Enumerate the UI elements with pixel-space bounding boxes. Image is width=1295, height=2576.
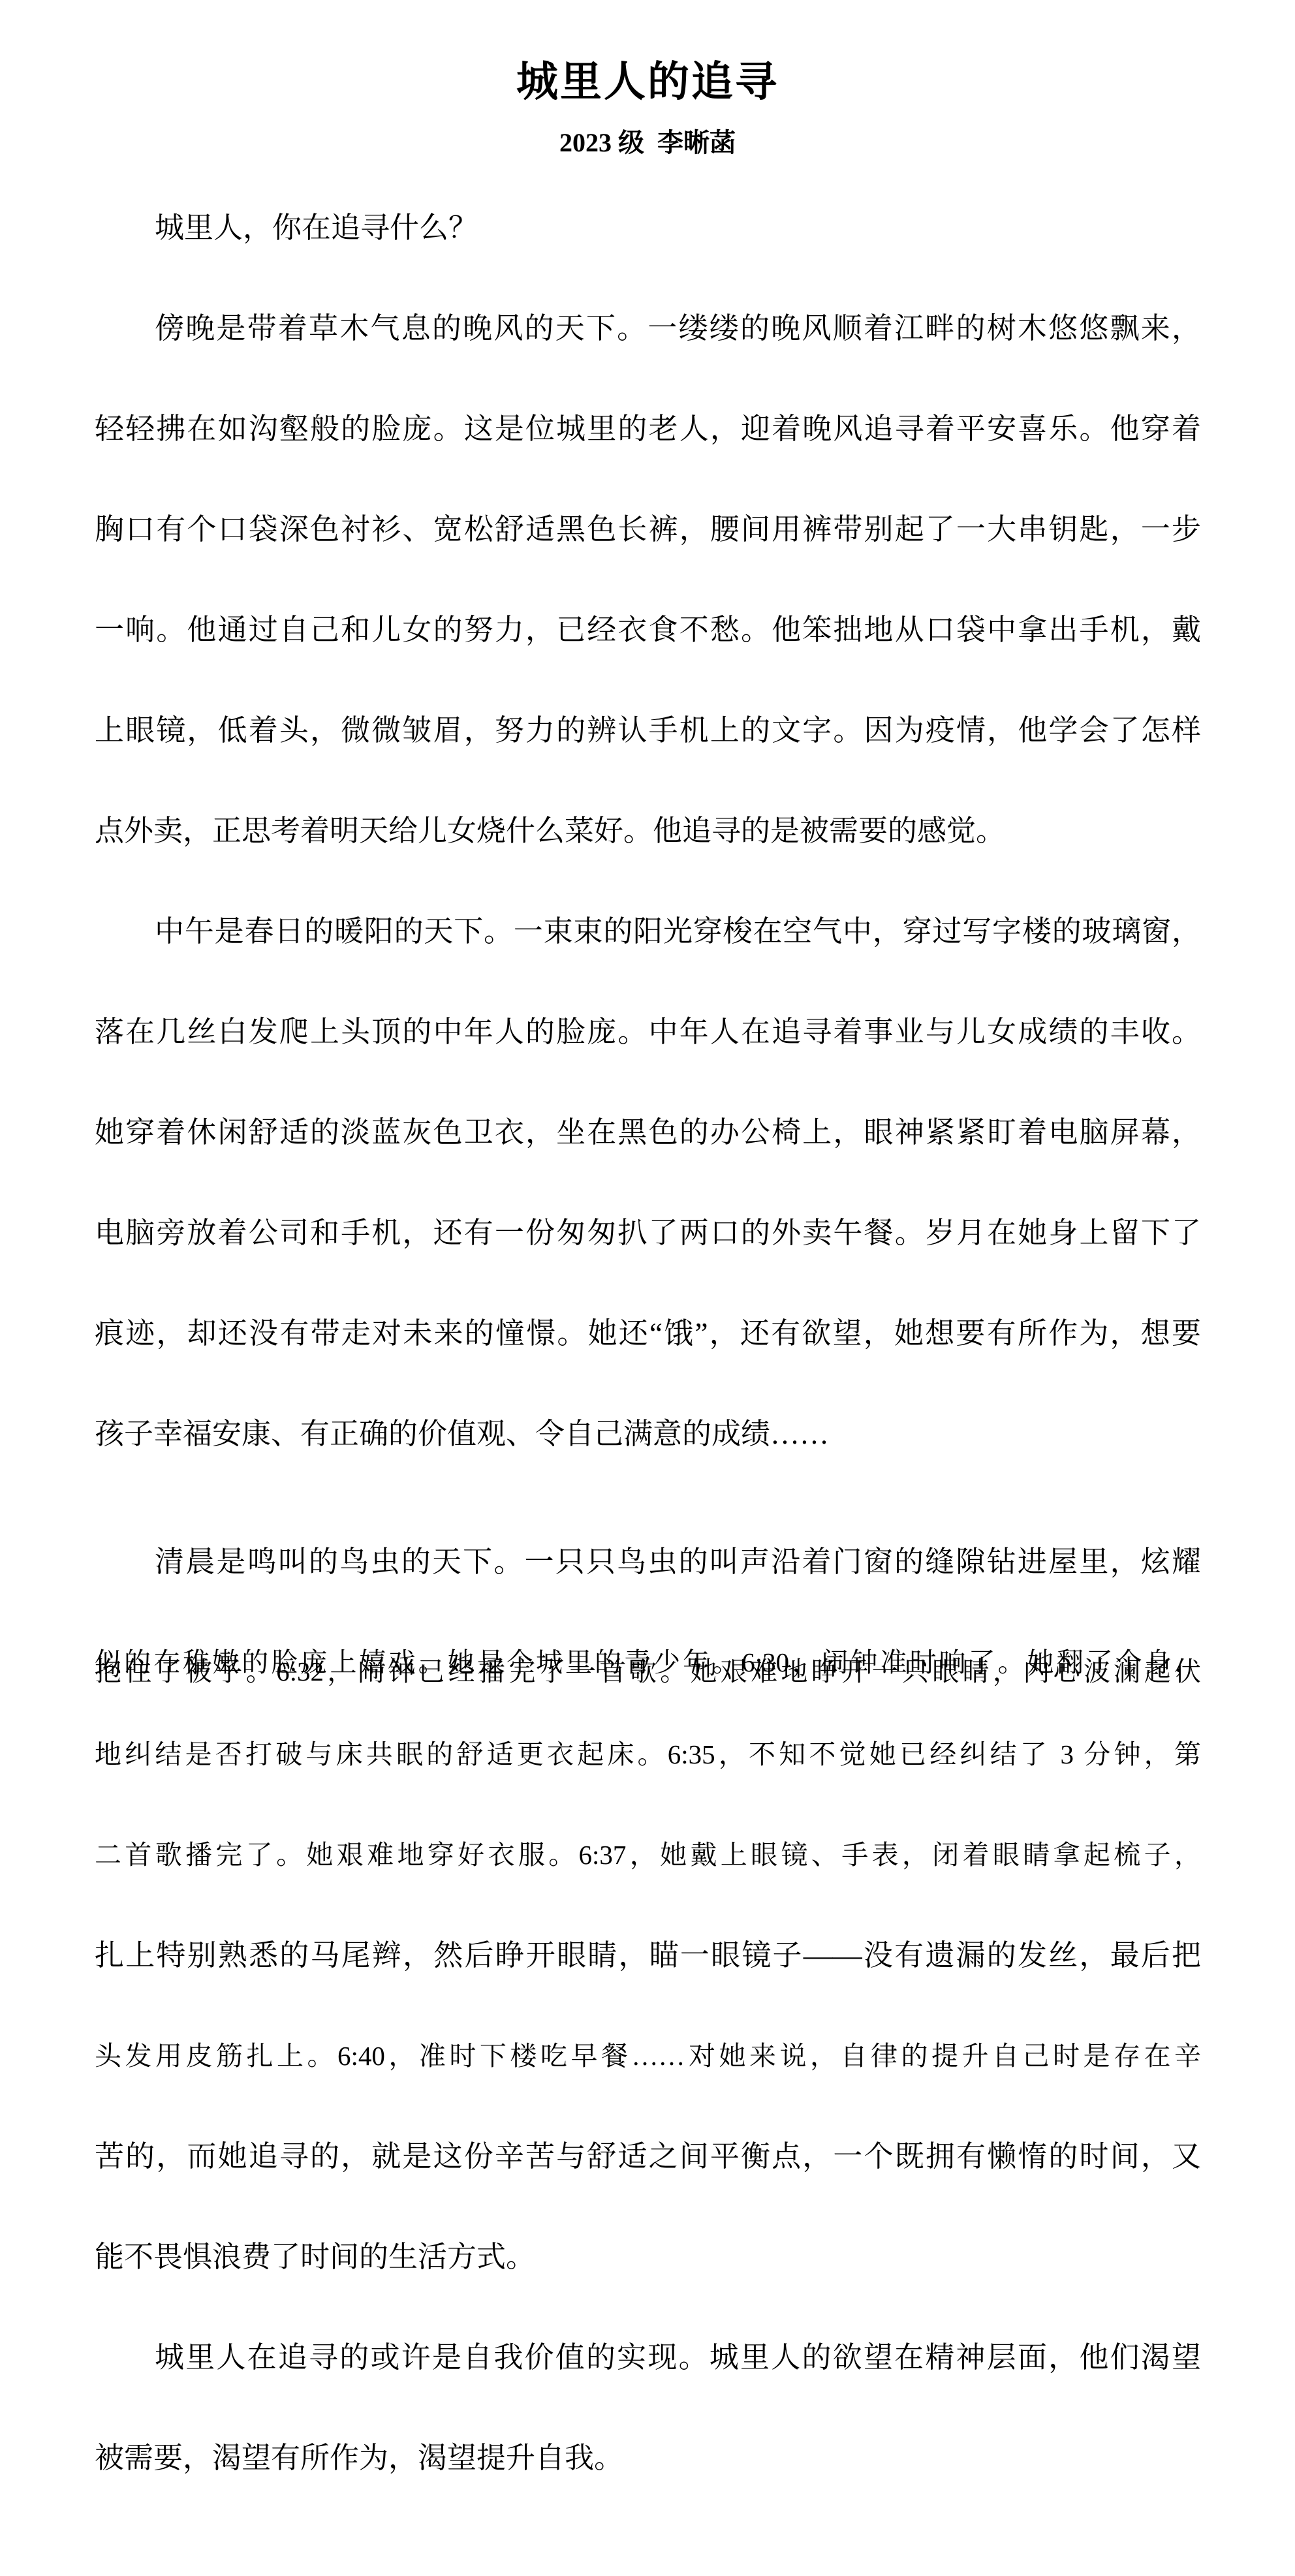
paragraph-5: 城里人在追寻的或许是自我价值的实现。城里人的欲望在精神层面，他们渴望 被需要，渴…: [95, 2307, 1201, 2508]
text-line: 能不畏惧浪费了时间的生活方式。: [95, 2207, 1201, 2307]
text-line: 轻轻拂在如沟壑般的脸庞。这是位城里的老人，迎着晚风追寻着平安喜乐。他穿着: [95, 379, 1201, 479]
text-line: 城里人，你在追寻什么？: [95, 178, 1201, 278]
text-line: 上眼镜，低着头，微微皱眉，努力的辨认手机上的文字。因为疫情，他学会了怎样: [95, 680, 1201, 781]
text-line: 孩子幸福安康、有正确的价值观、令自己满意的成绩……: [95, 1384, 1201, 1484]
text-line: 她穿着休闲舒适的淡蓝灰色卫衣，坐在黑色的办公椅上，眼神紧紧盯着电脑屏幕，: [95, 1082, 1201, 1183]
text-line: 落在几丝白发爬上头顶的中年人的脸庞。中年人在追寻着事业与儿女成绩的丰收。: [95, 982, 1201, 1082]
paragraph-4: 清晨是鸣叫的鸟虫的天下。一只只鸟虫的叫声沿着门窗的缝隙钻进屋里，炫耀 似的在稚嫩…: [95, 1512, 1201, 2307]
text-line: 地纠结是否打破与床共眠的舒适更衣起床。6:35，不知不觉她已经纠结了 3 分钟，…: [95, 1704, 1201, 1805]
text-line: 清晨是鸣叫的鸟虫的天下。一只只鸟虫的叫声沿着门窗的缝隙钻进屋里，炫耀: [95, 1512, 1201, 1612]
document-title: 城里人的追寻: [0, 55, 1295, 108]
text-line: 二首歌播完了。她艰难地穿好衣服。6:37，她戴上眼镜、手表，闭着眼睛拿起梳子，: [95, 1805, 1201, 1905]
text-line: 抱住了被子。6:32，闹钟已经播完了一首歌。她艰难地睁开一只眼睛，内心波澜起伏: [95, 1642, 1201, 1701]
text-line: 点外卖，正思考着明天给儿女烧什么菜好。他追寻的是被需要的感觉。: [95, 781, 1201, 881]
text-line: 头发用皮筋扎上。6:40，准时下楼吃早餐……对她来说，自律的提升自己时是存在辛: [95, 2006, 1201, 2106]
text-line: 胸口有个口袋深色衬衫、宽松舒适黑色长裤，腰间用裤带别起了一大串钥匙，一步: [95, 479, 1201, 580]
text-line: 城里人在追寻的或许是自我价值的实现。城里人的欲望在精神层面，他们渴望: [95, 2307, 1201, 2408]
text-line: 中午是春日的暖阳的天下。一束束的阳光穿梭在空气中，穿过写字楼的玻璃窗，: [95, 881, 1201, 982]
text-line: 傍晚是带着草木气息的晚风的天下。一缕缕的晚风顺着江畔的树木悠悠飘来，: [95, 278, 1201, 379]
paragraph-3: 中午是春日的暖阳的天下。一束束的阳光穿梭在空气中，穿过写字楼的玻璃窗， 落在几丝…: [95, 881, 1201, 1484]
text-line: 一响。他通过自己和儿女的努力，已经衣食不愁。他笨拙地从口袋中拿出手机，戴: [95, 580, 1201, 680]
document-body: 城里人，你在追寻什么？ 傍晚是带着草木气息的晚风的天下。一缕缕的晚风顺着江畔的树…: [95, 178, 1201, 2508]
text-line: 扎上特别熟悉的马尾辫，然后睁开眼睛，瞄一眼镜子——没有遗漏的发丝，最后把: [95, 1905, 1201, 2006]
text-line: 被需要，渴望有所作为，渴望提升自我。: [95, 2408, 1201, 2508]
paragraph-2: 傍晚是带着草木气息的晚风的天下。一缕缕的晚风顺着江畔的树木悠悠飘来， 轻轻拂在如…: [95, 278, 1201, 881]
text-line: 痕迹，却还没有带走对未来的憧憬。她还“饿”，还有欲望，她想要有所作为，想要: [95, 1283, 1201, 1384]
document-page: 城里人的追寻 2023 级 李晰菡 城里人，你在追寻什么？ 傍晚是带着草木气息的…: [0, 0, 1295, 2576]
paragraph-1: 城里人，你在追寻什么？: [95, 178, 1201, 278]
document-byline: 2023 级 李晰菡: [0, 125, 1295, 161]
text-line: 电脑旁放着公司和手机，还有一份匆匆扒了两口的外卖午餐。岁月在她身上留下了: [95, 1183, 1201, 1283]
text-line: 苦的，而她追寻的，就是这份辛苦与舒适之间平衡点，一个既拥有懒惰的时间，又: [95, 2106, 1201, 2207]
